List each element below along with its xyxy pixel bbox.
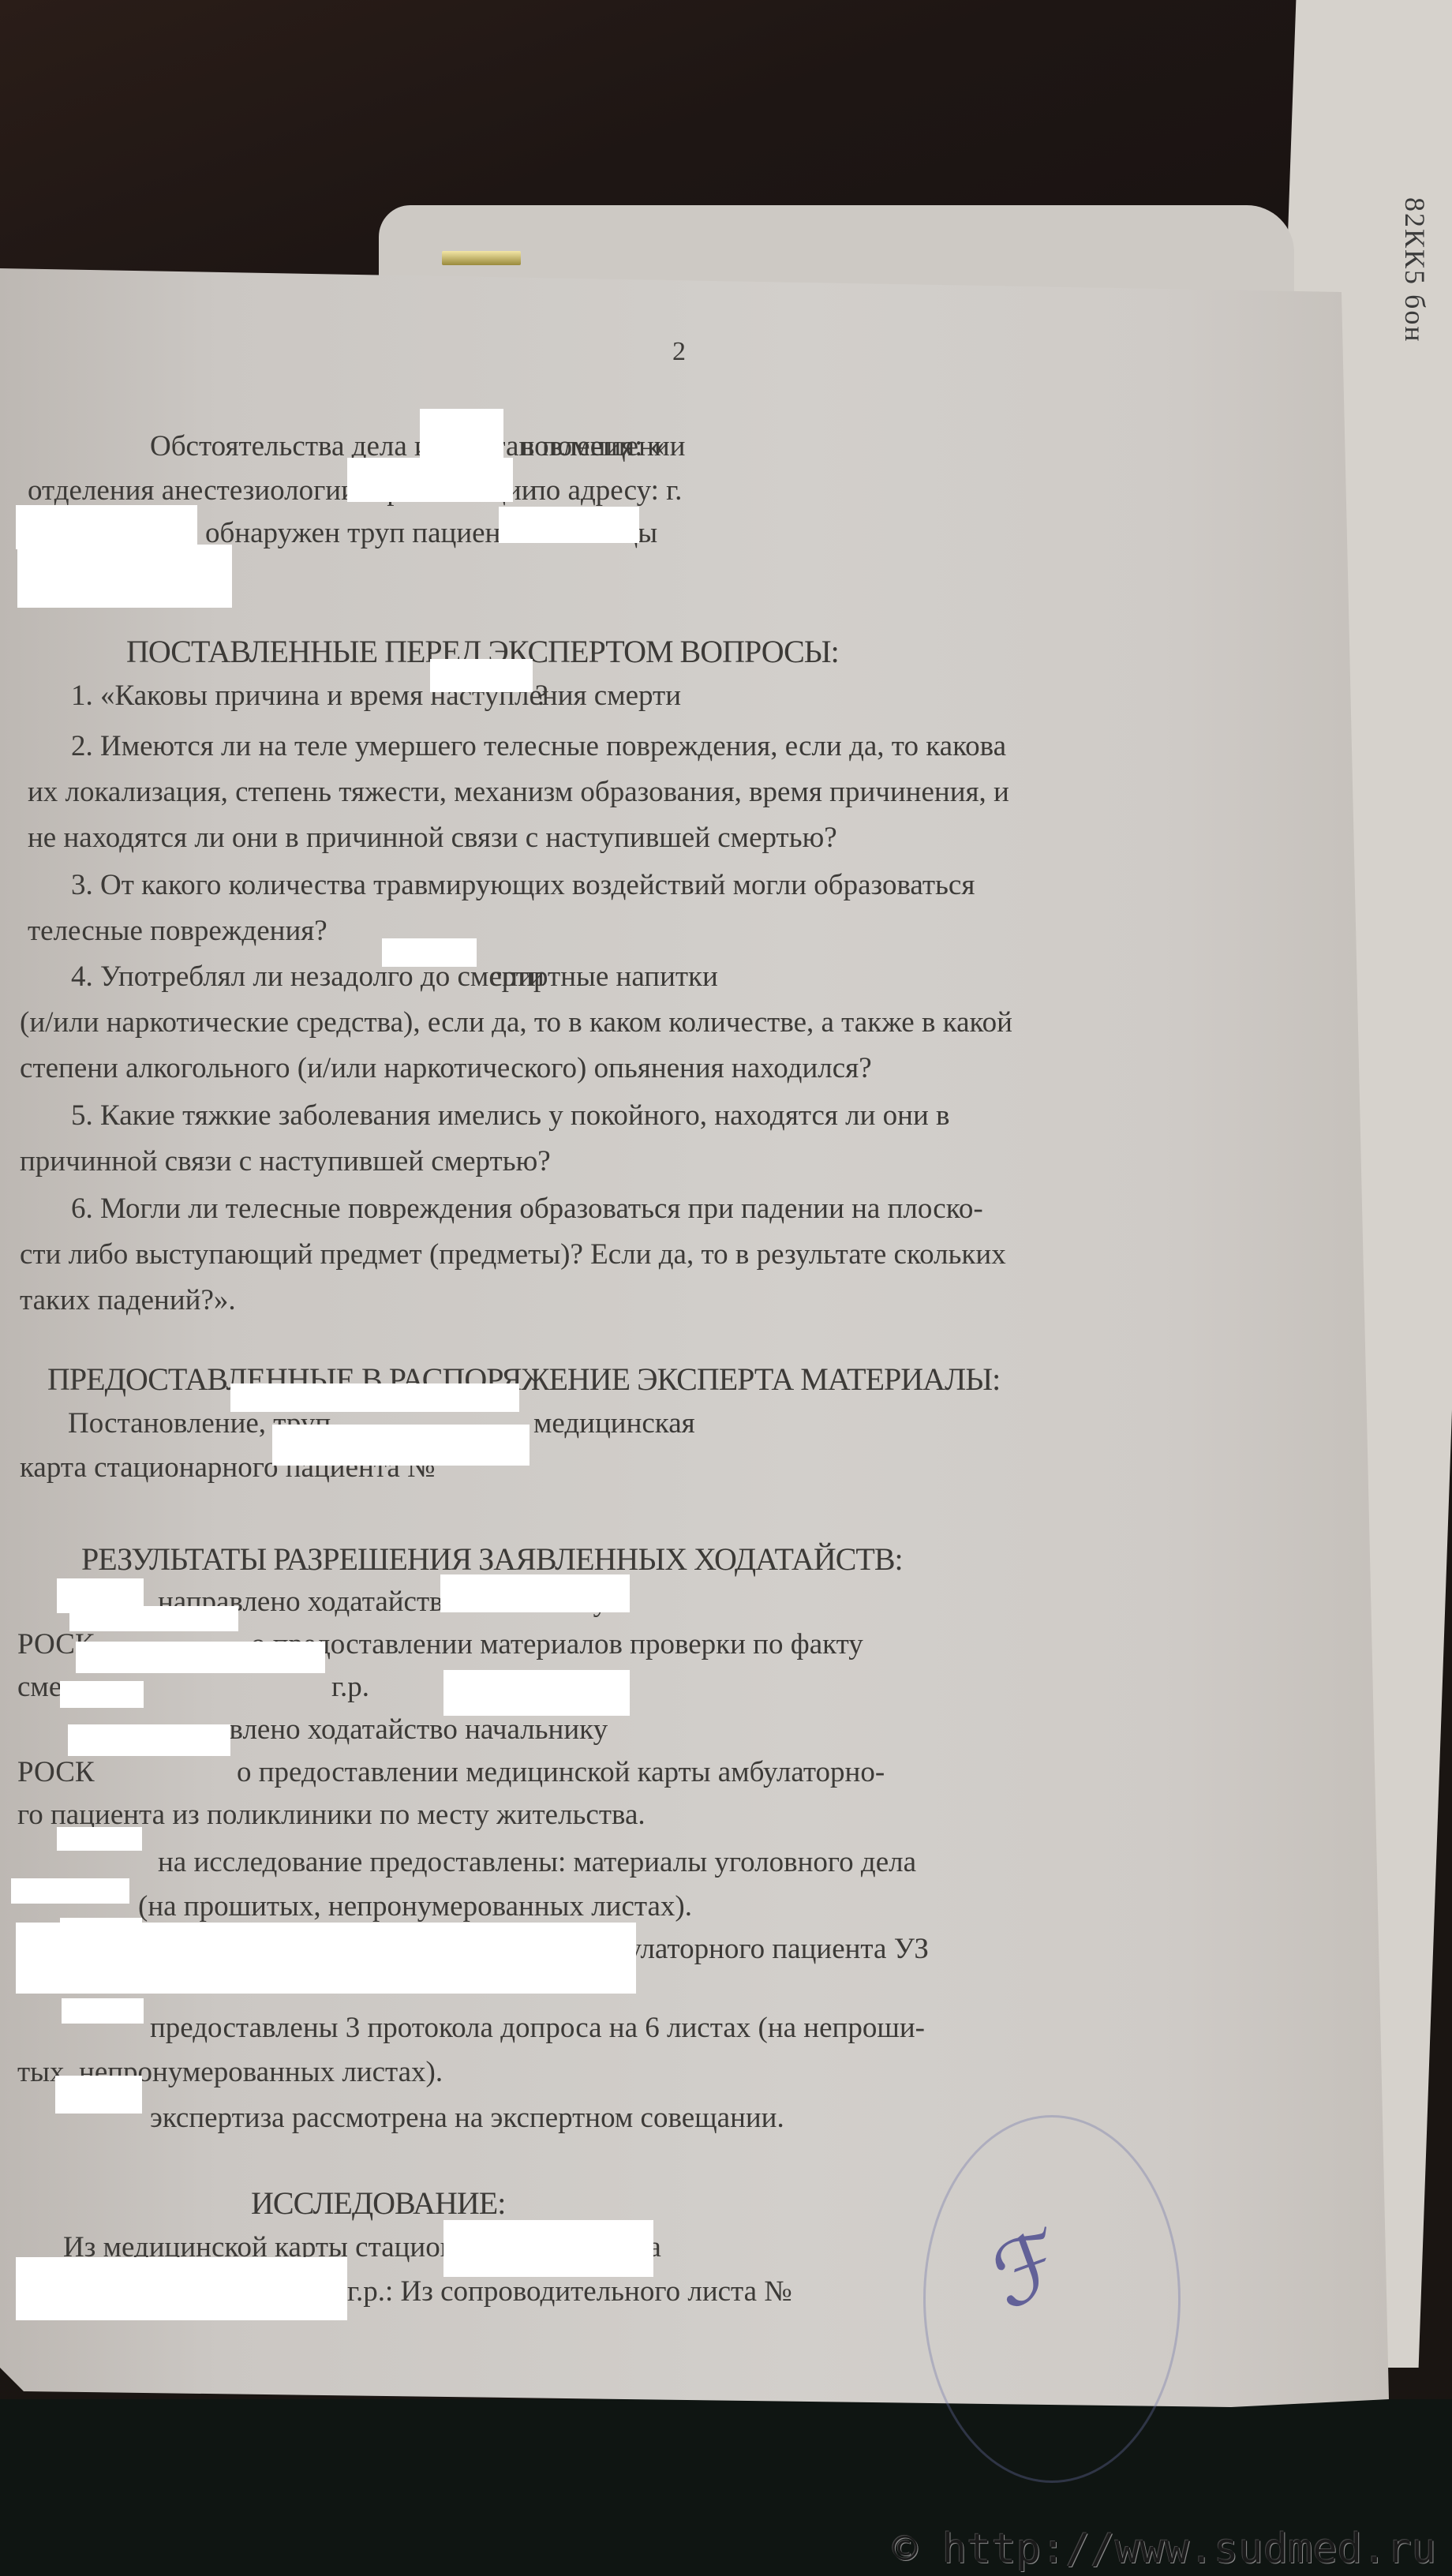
watermark: © http://www.sudmed.ru	[893, 2525, 1436, 2573]
question-6-line-2: сти либо выступающий предмет (предметы)?…	[20, 1234, 1006, 1275]
redaction-box	[16, 1923, 636, 1994]
redaction-box	[16, 2257, 347, 2320]
petition-1-line-2b: о предоставлении материалов проверки по …	[251, 1624, 863, 1665]
question-3-line-1: 3. От какого количества травмирующих воз…	[71, 865, 975, 906]
redaction-box	[420, 409, 503, 464]
petition-5-line-1: предоставлены 3 протокола допроса на 6 л…	[150, 2008, 925, 2049]
petition-3-line-2: (на прошитых, непронумерованных листах).	[138, 1886, 692, 1927]
research-line-2: г.р.: Из сопроводительного листа №	[347, 2271, 792, 2312]
research-heading: ИССЛЕДОВАНИЕ:	[251, 2183, 505, 2224]
petition-2-line-2a: РОСК	[17, 1752, 95, 1793]
petition-6-line-1: экспертиза рассмотрена на экспертном сов…	[150, 2098, 784, 2139]
question-4-line-1b: спиртные напитки	[489, 957, 718, 998]
question-4-line-2: (и/или наркотические средства), если да,…	[20, 1002, 1012, 1043]
redaction-box	[440, 1574, 630, 1612]
redaction-box	[16, 505, 197, 549]
materials-heading: ПРЕДОСТАВЛЕННЫЕ В РАСПОРЯЖЕНИЕ ЭКСПЕРТА …	[47, 1359, 1000, 1400]
redaction-box	[76, 1642, 325, 1673]
redaction-box	[57, 1827, 142, 1851]
question-1-end: ?	[535, 676, 548, 717]
redaction-box	[60, 1681, 144, 1708]
redaction-box	[499, 507, 639, 543]
redaction-box	[382, 938, 477, 967]
redaction-box	[430, 659, 533, 692]
staple	[442, 251, 521, 265]
petition-1-line-3b: г.р.	[331, 1667, 369, 1708]
redaction-box	[11, 1878, 129, 1904]
petition-3-line-1: на исследование предоставлены: материалы…	[158, 1842, 916, 1883]
question-2-line-3: не находятся ли они в причинной связи с …	[28, 818, 837, 859]
question-5-line-1: 5. Какие тяжкие заболевания имелись у по…	[71, 1095, 950, 1136]
redaction-box	[272, 1425, 530, 1466]
redaction-box	[68, 1724, 230, 1756]
question-1: 1. «Каковы причина и время наступления с…	[71, 676, 681, 717]
question-6-line-3: таких падений?».	[20, 1280, 236, 1321]
redaction-box	[443, 2220, 653, 2277]
background-sheet-text: 82КК5 бон	[1398, 197, 1431, 343]
redaction-box	[17, 545, 232, 608]
circumstances-line-2b: по адресу: г.	[530, 470, 682, 511]
question-5-line-2: причинной связи с наступившей смертью?	[20, 1141, 551, 1182]
redaction-box	[443, 1670, 630, 1716]
page-number: 2	[672, 331, 686, 373]
redaction-box	[347, 458, 513, 502]
redaction-box	[62, 1998, 144, 2024]
materials-line-1b: медицинская	[533, 1403, 695, 1444]
question-2-line-1: 2. Имеются ли на теле умершего телесные …	[71, 726, 1006, 767]
question-3-line-2: телесные повреждения?	[28, 911, 327, 952]
question-2-line-2: их локализация, степень тяжести, механиз…	[28, 772, 1009, 813]
redaction-box	[55, 2076, 142, 2114]
circumstances-line-1b: в помещении	[521, 426, 685, 467]
question-6-line-1: 6. Могли ли телесные повреждения образов…	[71, 1189, 983, 1230]
redaction-box	[69, 1606, 238, 1631]
redaction-box	[230, 1383, 519, 1412]
petition-2-line-2b: о предоставлении медицинской карты амбул…	[237, 1752, 885, 1793]
question-4-line-3: степени алкогольного (и/или наркотическо…	[20, 1048, 872, 1089]
